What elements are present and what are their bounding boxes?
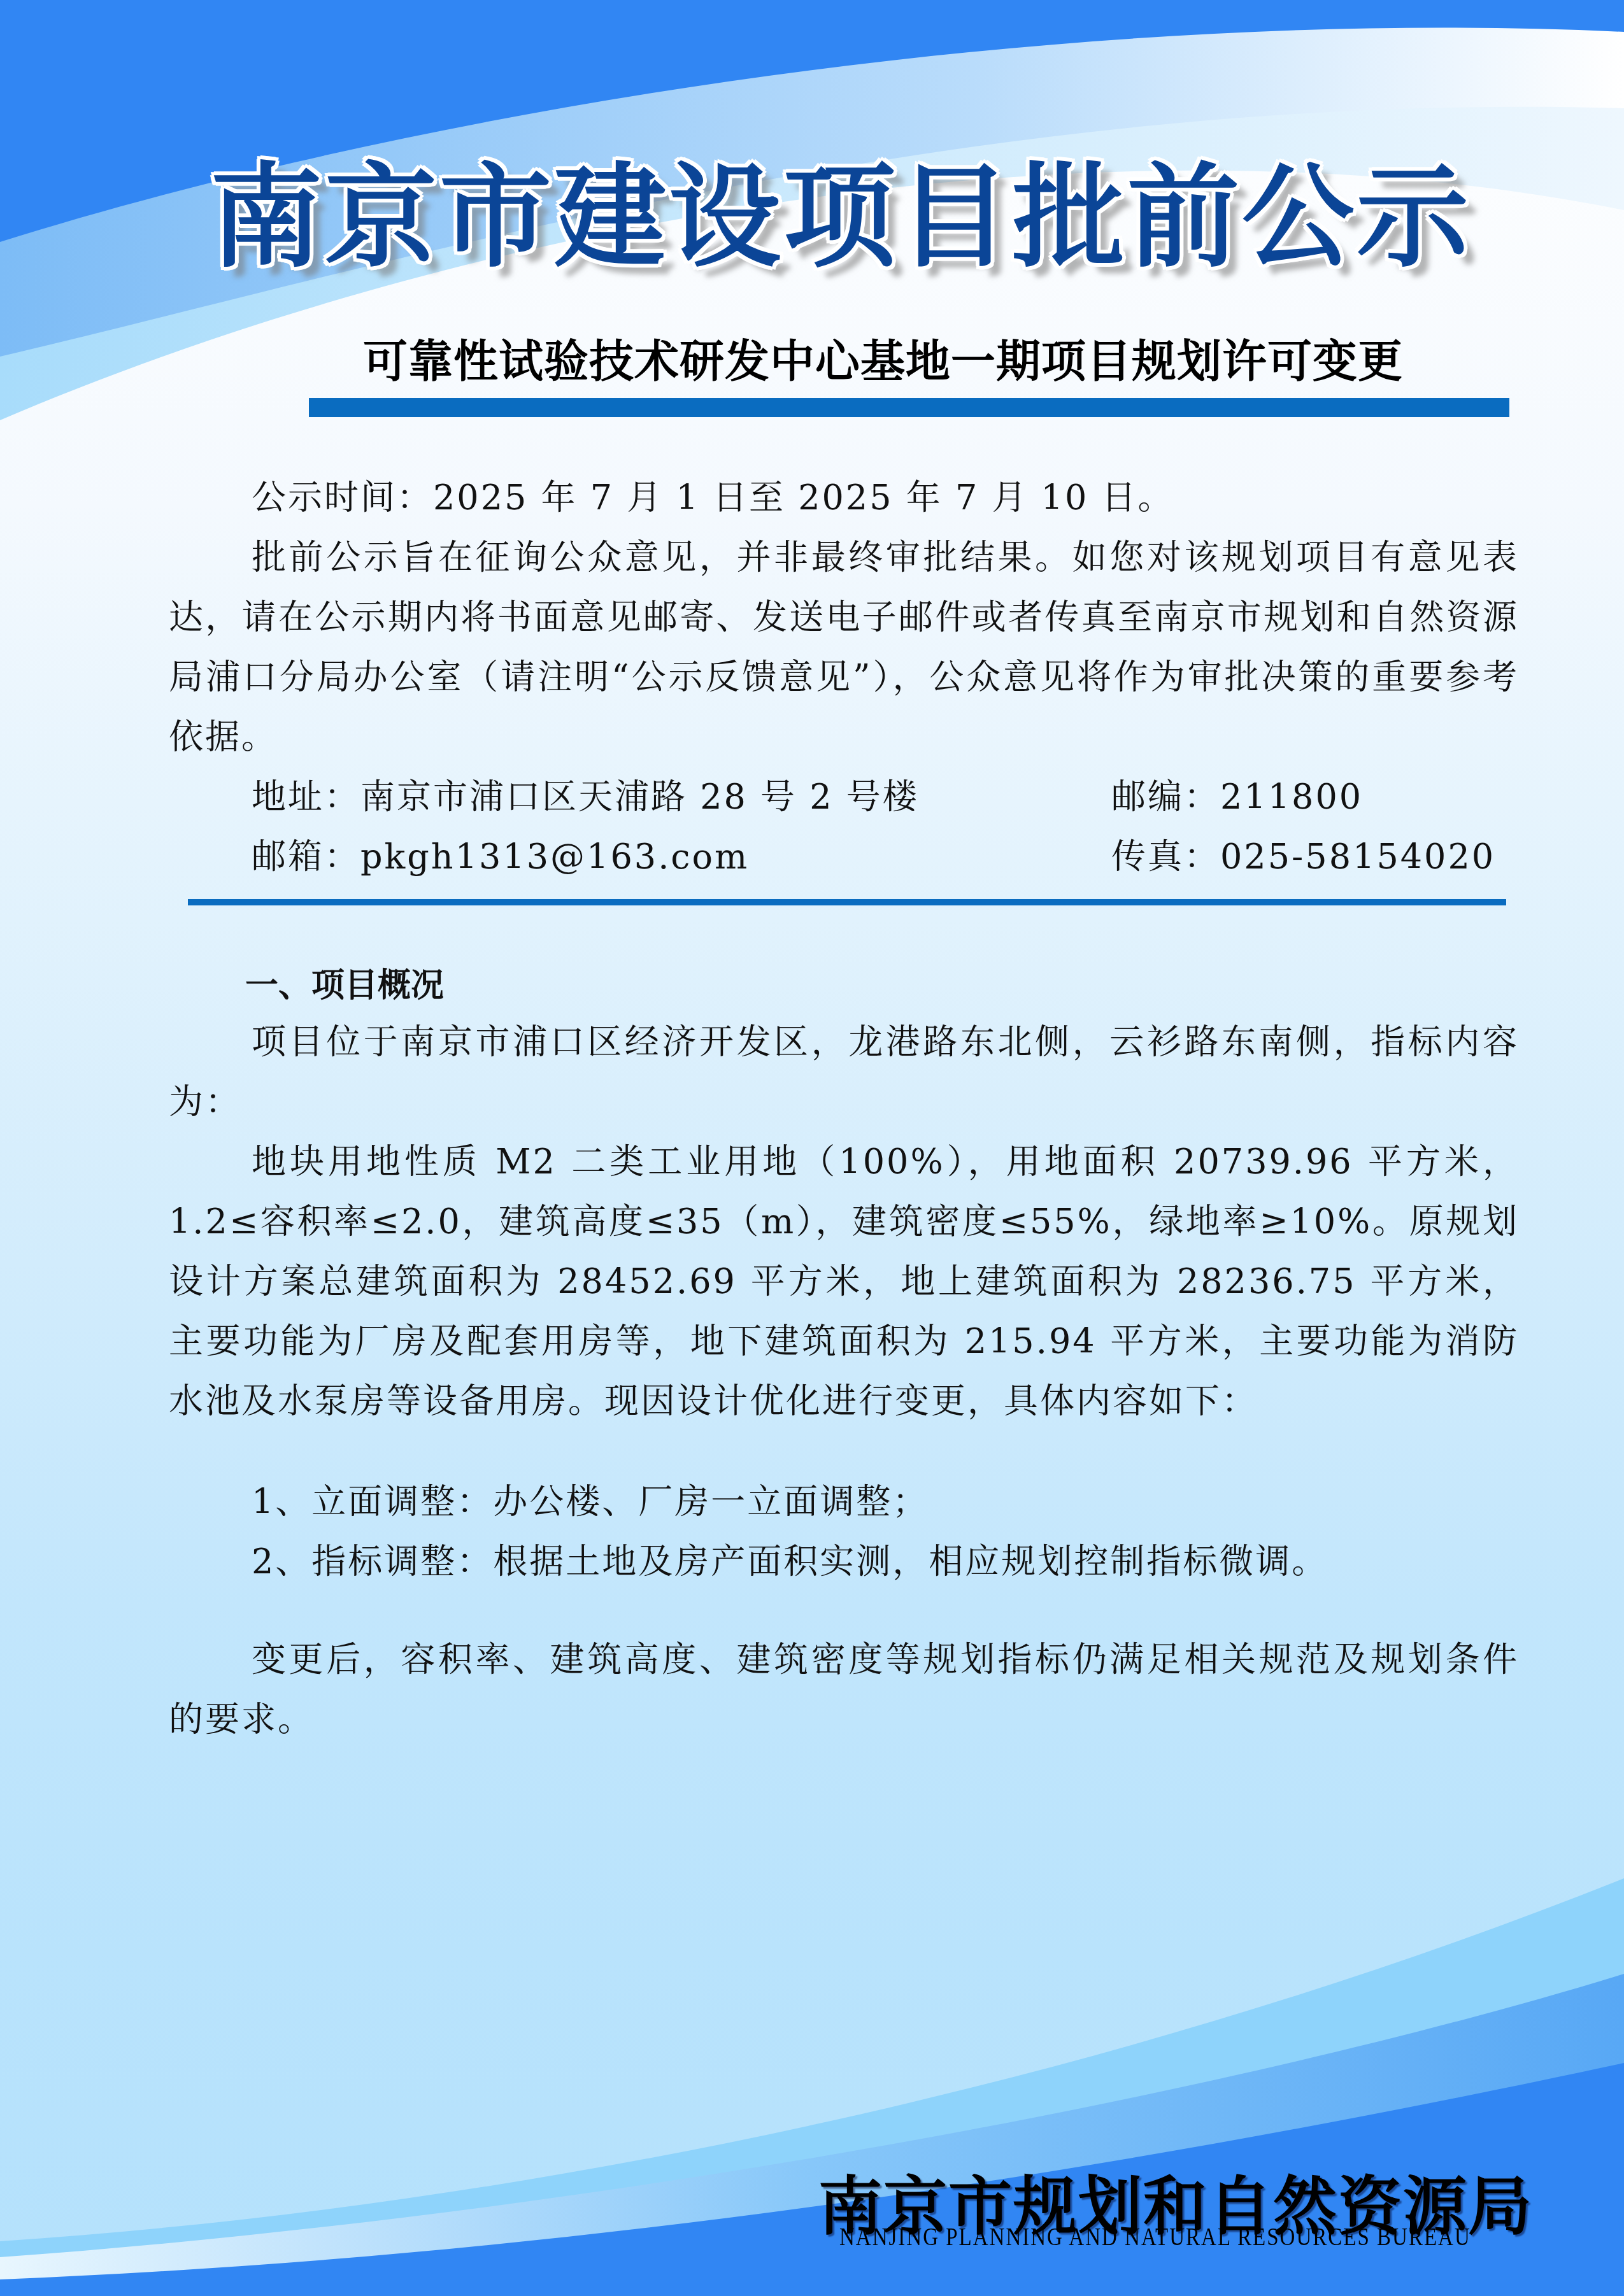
changes-list: 1、立面调整：办公楼、厂房一立面调整； 2、指标调整：根据土地及房产面积实测，相…	[169, 1472, 1519, 1592]
postcode: 邮编：211800	[1111, 767, 1363, 827]
footer-org-name-en: NANJING PLANNING AND NATURAL RESOURCES B…	[839, 2223, 1471, 2251]
notice-statement: 批前公示旨在征询公众意见，并非最终审批结果。如您对该规划项目有意见表达，请在公示…	[169, 528, 1519, 767]
project-indicators: 地块用地性质 M2 二类工业用地（100%），用地面积 20739.96 平方米…	[169, 1132, 1519, 1431]
page-title: 南京市建设项目批前公示	[210, 127, 1420, 288]
change-item-2: 2、指标调整：根据土地及房产面积实测，相应规划控制指标微调。	[169, 1532, 1519, 1592]
section-heading-overview: 一、项目概况	[245, 958, 444, 1006]
contact-row-1: 地址：南京市浦口区天浦路 28 号 2 号楼 邮编：211800	[169, 767, 1519, 827]
fax-value: 025-58154020	[1220, 837, 1495, 877]
notice-block: 公示时间：2025 年 7 月 1 日至 2025 年 7 月 10 日。 批前…	[169, 468, 1519, 887]
address-value: 南京市浦口区天浦路 28 号 2 号楼	[360, 777, 919, 817]
subtitle-underline-bar	[309, 398, 1509, 417]
conclusion-text: 变更后，容积率、建筑高度、建筑密度等规划指标仍满足相关规范及规划条件的要求。	[169, 1630, 1519, 1750]
fax-label: 传真：	[1111, 837, 1220, 877]
address: 地址：南京市浦口区天浦路 28 号 2 号楼	[252, 767, 919, 827]
email: 邮箱：pkgh1313@163.com	[252, 827, 749, 887]
email-link[interactable]: pkgh1313@163.com	[360, 837, 749, 877]
email-label: 邮箱：	[252, 837, 360, 877]
section-divider	[188, 899, 1506, 905]
postcode-label: 邮编：	[1111, 777, 1220, 817]
conclusion-block: 变更后，容积率、建筑高度、建筑密度等规划指标仍满足相关规范及规划条件的要求。	[169, 1630, 1519, 1750]
project-subtitle: 可靠性试验技术研发中心基地一期项目规划许可变更	[363, 326, 1509, 390]
change-item-1: 1、立面调整：办公楼、厂房一立面调整；	[169, 1472, 1519, 1532]
fax: 传真：025-58154020	[1111, 827, 1495, 887]
project-location: 项目位于南京市浦口区经济开发区，龙港路东北侧，云衫路东南侧，指标内容为：	[169, 1012, 1519, 1132]
contact-row-2: 邮箱：pkgh1313@163.com 传真：025-58154020	[169, 827, 1519, 887]
address-label: 地址：	[252, 777, 360, 817]
notice-period: 公示时间：2025 年 7 月 1 日至 2025 年 7 月 10 日。	[169, 468, 1519, 528]
postcode-value: 211800	[1220, 777, 1363, 817]
overview-block: 项目位于南京市浦口区经济开发区，龙港路东北侧，云衫路东南侧，指标内容为： 地块用…	[169, 1012, 1519, 1431]
